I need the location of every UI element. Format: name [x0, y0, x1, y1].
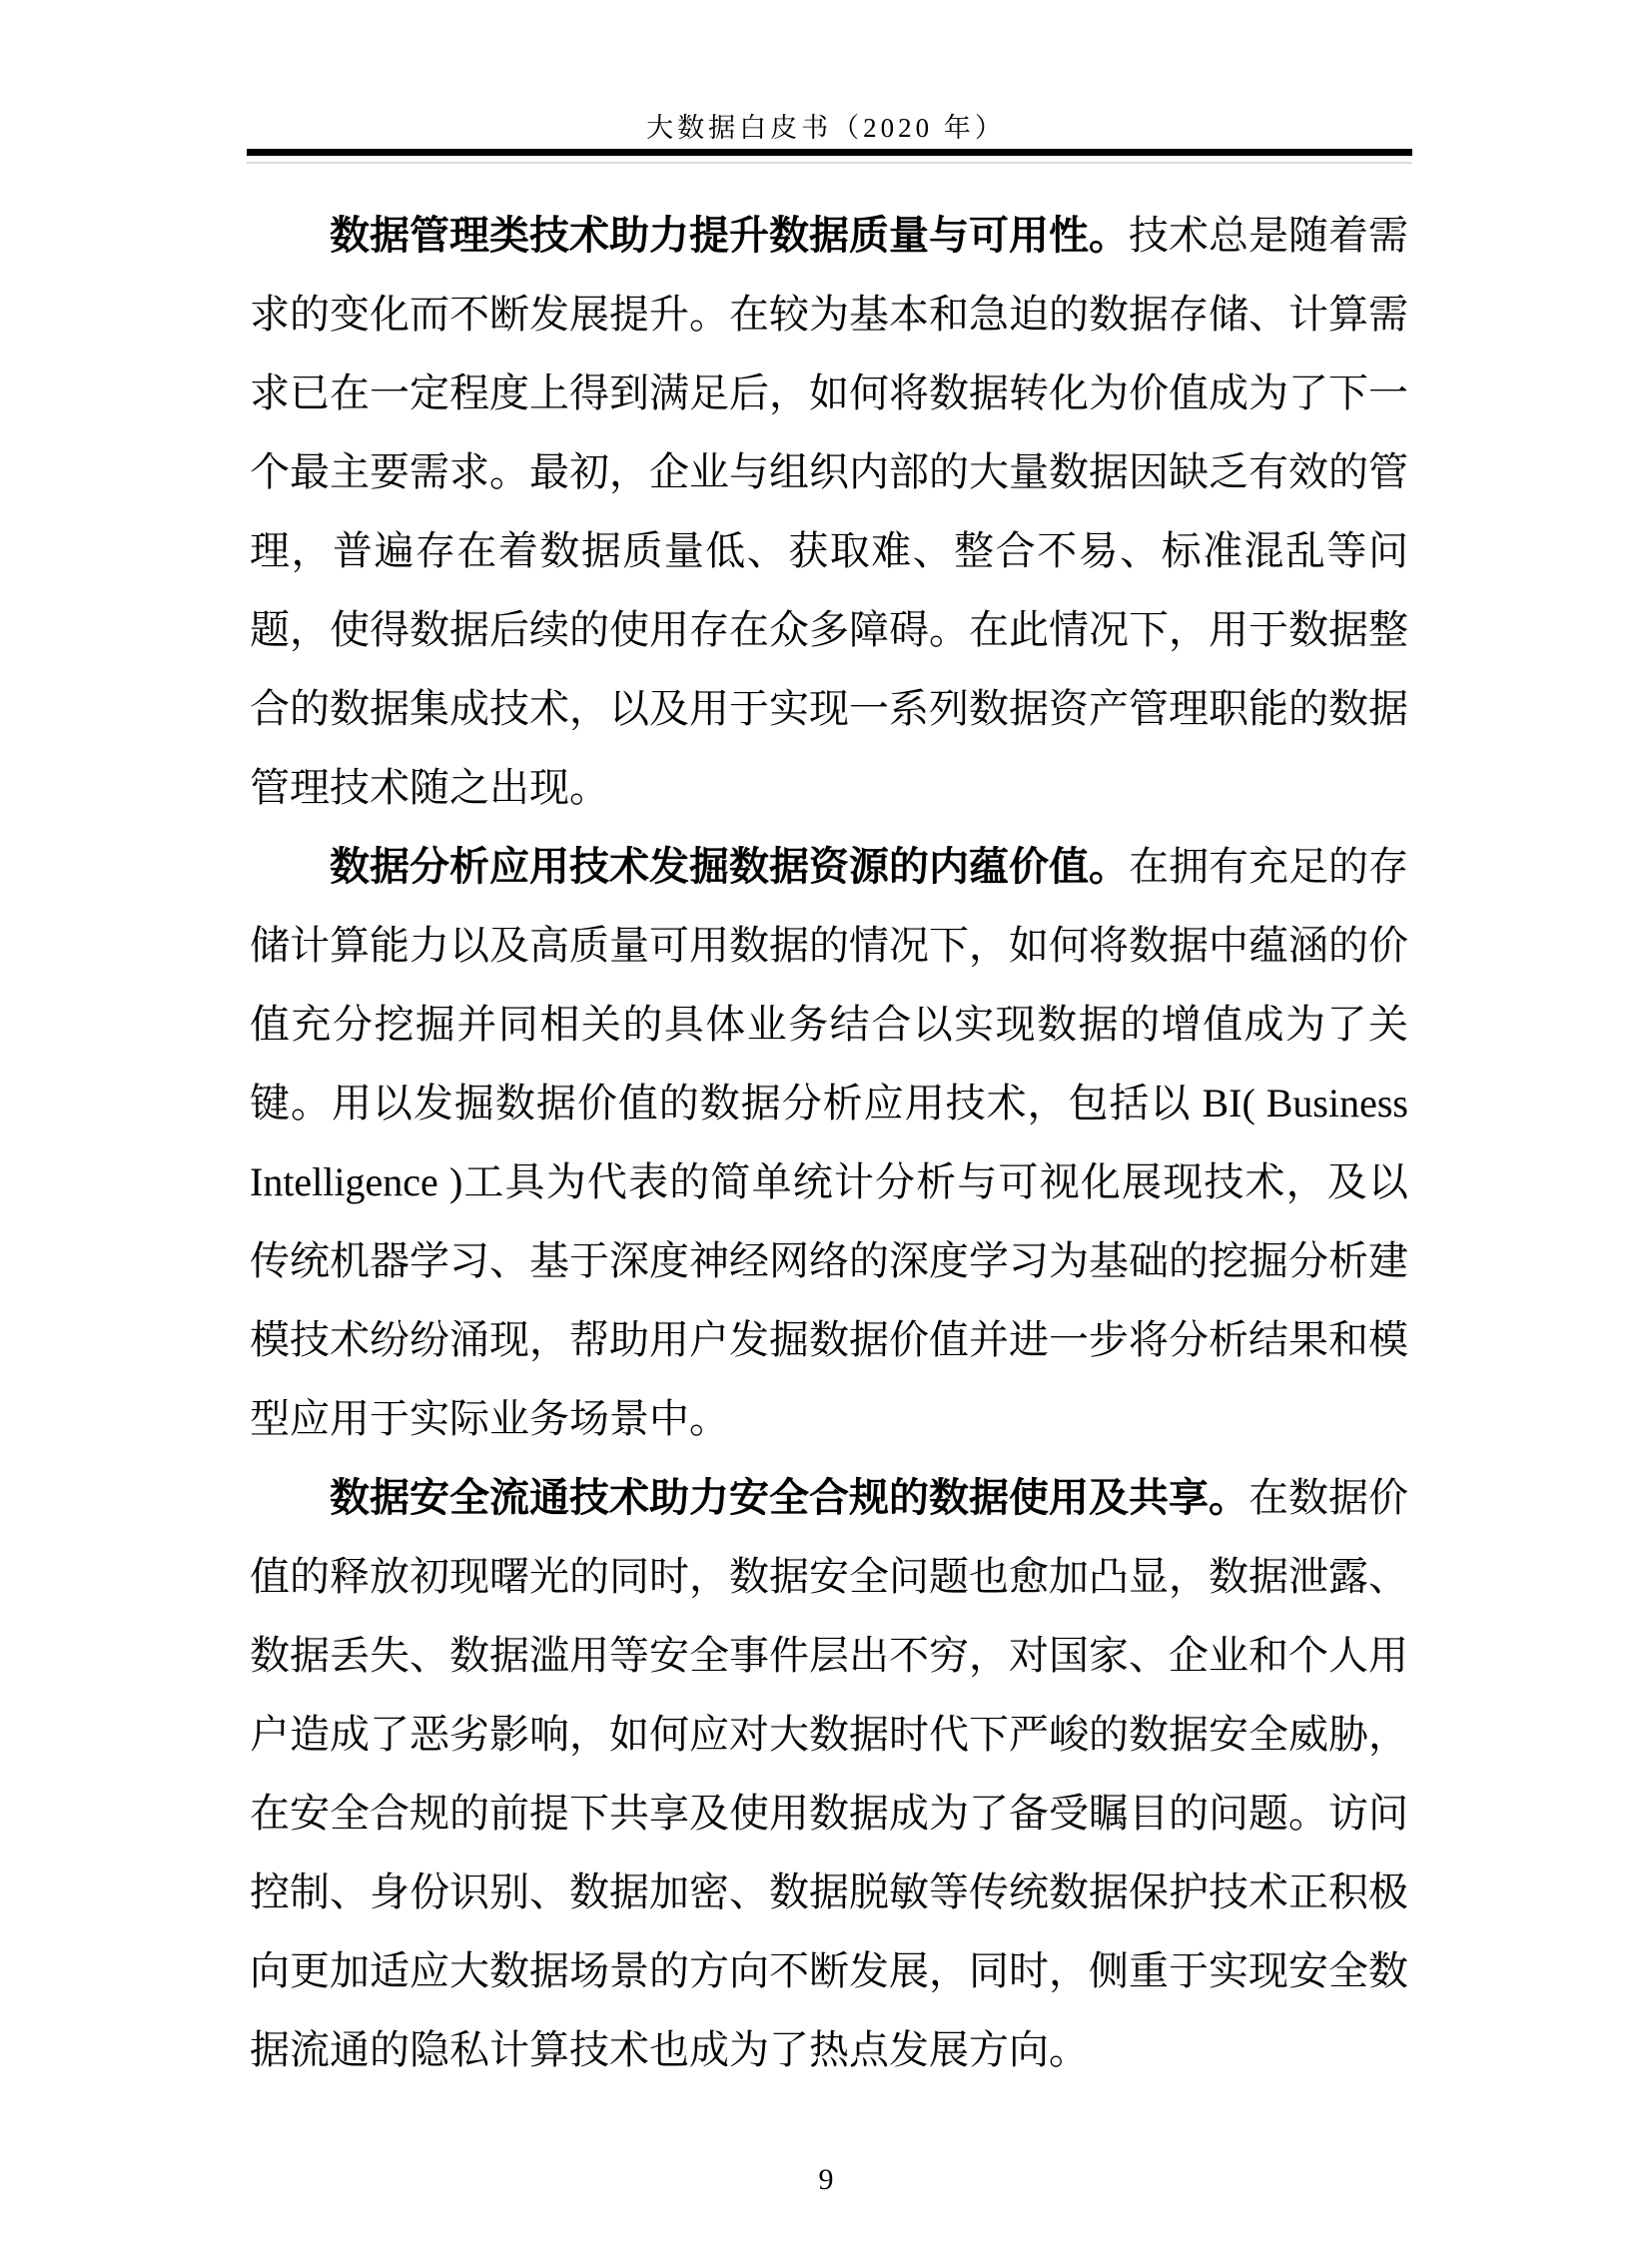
page-number: 9	[0, 2163, 1652, 2197]
page-header-title: 大数据白皮书（2020 年）	[0, 112, 1652, 146]
paragraph-body: 技术总是随着需求的变化而不断发展提升。在较为基本和急迫的数据存储、计算需求已在一…	[250, 213, 1408, 810]
paragraph-body: 在拥有充足的存储计算能力以及高质量可用数据的情况下，如何将数据中蕴涵的价值充分挖…	[250, 844, 1408, 1441]
body-text: 数据管理类技术助力提升数据质量与可用性。技术总是随着需求的变化而不断发展提升。在…	[250, 196, 1408, 2089]
paragraph-body: 在数据价值的释放初现曙光的同时，数据安全问题也愈加凸显，数据泄露、数据丢失、数据…	[250, 1475, 1408, 2072]
paragraph: 数据分析应用技术发掘数据资源的内蕴价值。在拥有充足的存储计算能力以及高质量可用数…	[250, 827, 1408, 1458]
paragraph: 数据安全流通技术助力安全合规的数据使用及共享。在数据价值的释放初现曙光的同时，数…	[250, 1458, 1408, 2089]
header-rule	[247, 149, 1412, 164]
paragraph-lead: 数据安全流通技术助力安全合规的数据使用及共享。	[330, 1475, 1248, 1520]
paragraph-lead: 数据分析应用技术发掘数据资源的内蕴价值。	[330, 844, 1129, 889]
document-page: 大数据白皮书（2020 年） 数据管理类技术助力提升数据质量与可用性。技术总是随…	[0, 0, 1652, 2242]
paragraph: 数据管理类技术助力提升数据质量与可用性。技术总是随着需求的变化而不断发展提升。在…	[250, 196, 1408, 827]
paragraph-lead: 数据管理类技术助力提升数据质量与可用性。	[330, 213, 1129, 258]
